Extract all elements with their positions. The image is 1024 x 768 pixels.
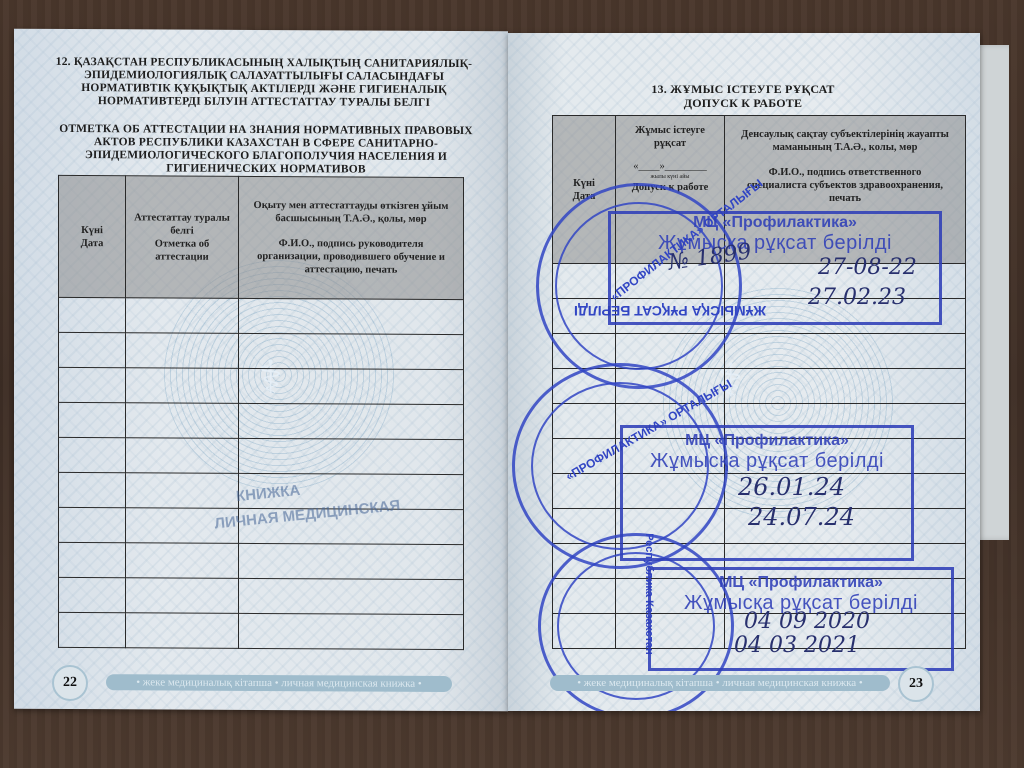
table-cell	[59, 577, 126, 612]
attestation-table: Күні Дата Аттестаттау туралы белгі Отмет…	[58, 175, 464, 650]
permit-2-date-to: 24.07.24	[748, 503, 855, 531]
table-cell	[59, 472, 126, 507]
table-cell	[239, 613, 464, 649]
stamp-org: МЦ «Профилактика»	[623, 432, 911, 450]
table-row	[59, 332, 464, 369]
table-cell	[126, 543, 239, 579]
table-row	[59, 612, 464, 649]
table-cell	[59, 402, 126, 437]
table-cell	[126, 578, 239, 614]
page-footer: • жеке медициналық кітапша • личная меди…	[550, 675, 890, 691]
header-date: Күні Дата	[59, 175, 126, 297]
section-12-title-kz: 12. ҚАЗАҚСТАН РЕСПУБЛИКАСЫНЫҢ ХАЛЫҚТЫҢ С…	[34, 56, 494, 110]
table-row	[59, 367, 464, 404]
permit-3-date-from: 04 09 2020	[744, 609, 870, 634]
table-cell	[239, 578, 464, 614]
table-cell	[239, 438, 464, 474]
table-row	[59, 542, 464, 579]
section-13-title: 13. ЖҰМЫС ІСТЕУГЕ РҰҚСАТ ДОПУСК К РАБОТЕ	[578, 82, 908, 110]
table-cell	[59, 297, 126, 332]
stamp-text: Жұмысқа рұқсат берілді	[611, 232, 939, 255]
stamp-text: Жұмысқа рұқсат берілді	[623, 450, 911, 473]
table-cell	[59, 332, 126, 367]
table-cell	[59, 542, 126, 577]
page-number: 23	[898, 666, 934, 702]
page-number: 22	[52, 665, 88, 701]
page-footer: • жеке медициналық кітапша • личная меди…	[106, 674, 452, 692]
table-cell	[239, 368, 464, 404]
table-cell	[239, 333, 464, 369]
table-cell	[126, 473, 239, 509]
table-cell	[239, 298, 464, 334]
permit-1-date-to: 27.02.23	[808, 285, 906, 310]
table-cell	[59, 367, 126, 402]
table-cell	[126, 613, 239, 649]
table-cell	[126, 438, 239, 474]
table-row	[59, 297, 464, 334]
page-edges	[975, 45, 1009, 540]
table-cell	[59, 507, 126, 542]
table-cell	[239, 403, 464, 439]
stamp-org: МЦ «Профилактика»	[611, 214, 939, 232]
table-cell	[725, 334, 966, 369]
right-page: ⚕ 13. ЖҰМЫС ІСТЕУГЕ РҰҚСАТ ДОПУСК К РАБО…	[508, 33, 980, 711]
header-attestation-mark: Аттестаттау туралы белгі Отметка об атте…	[126, 176, 239, 299]
table-row	[59, 577, 464, 614]
table-cell	[59, 437, 126, 472]
table-cell	[239, 543, 464, 579]
permit-1-date-from: 27-08-22	[818, 255, 917, 280]
left-page: ⚕ 12. ҚАЗАҚСТАН РЕСПУБЛИКАСЫНЫҢ ХАЛЫҚТЫҢ…	[14, 29, 508, 712]
table-row	[59, 437, 464, 474]
table-cell	[725, 369, 966, 404]
permit-2-date-from: 26.01.24	[738, 473, 845, 501]
stamp-org: МЦ «Профилактика»	[651, 574, 951, 592]
table-cell	[126, 403, 239, 439]
table-row	[59, 402, 464, 439]
table-cell	[126, 368, 239, 404]
permit-3-date-to: 04 03 2021	[734, 633, 860, 658]
section-12-title-ru: ОТМЕТКА ОБ АТТЕСТАЦИИ НА ЗНАНИЯ НОРМАТИВ…	[36, 123, 496, 177]
table-cell	[126, 333, 239, 369]
table-cell	[126, 298, 239, 334]
header-organization-head: Оқыту мен аттестаттауды өткізген ұйым ба…	[239, 176, 464, 299]
table-cell	[59, 612, 126, 647]
